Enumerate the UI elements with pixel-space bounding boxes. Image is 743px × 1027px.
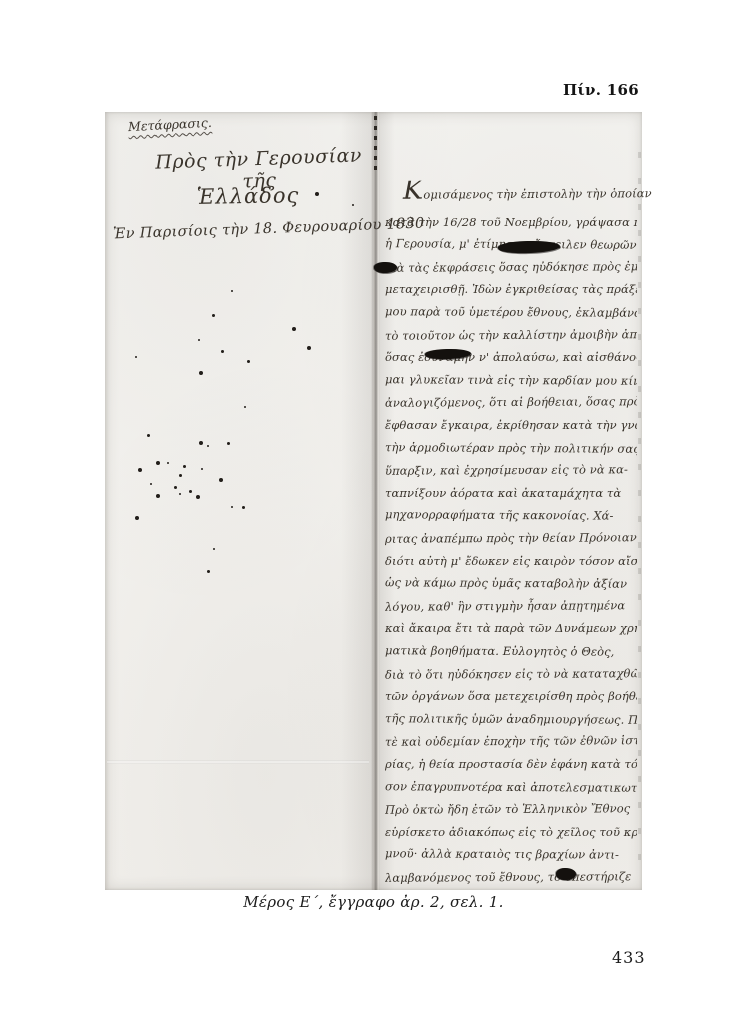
ink-dot	[242, 506, 245, 509]
plate-number-label: Πίν. 166	[563, 81, 639, 99]
paper-crease	[107, 760, 369, 764]
ink-dot	[156, 461, 160, 465]
ink-dot	[315, 192, 319, 196]
ink-dot	[135, 516, 139, 520]
address-line-2: Ἑλλάδος	[143, 182, 353, 210]
handwriting-line: καὶ ἄκαιρα ἔτι τὰ παρὰ τῶν Δυνάμεων χρη-	[385, 617, 637, 639]
handwriting-line: τῆς πολιτικῆς ὑμῶν ἀναδημιουργήσεως. Πο-	[385, 707, 637, 731]
ink-dot	[201, 468, 203, 470]
figure-caption: Μέρος Ε΄, ἔγγραφο ἀρ. 2, σελ. 1.	[105, 893, 642, 911]
ink-dot	[221, 350, 224, 353]
handwriting-line: ρίας, ἡ θεία προστασία δὲν ἐφάνη κατὰ τό…	[385, 753, 637, 775]
handwriting-line: ταπνίξουν ἀόρατα καὶ ἀκαταμάχητα τὰ	[385, 482, 637, 504]
handwriting-line: τὴν ἁρμοδιωτέραν πρὸς τὴν πολιτικήν σας	[385, 436, 637, 460]
handwriting-line: Πρὸ ὀκτὼ ἤδη ἐτῶν τὸ Ἑλληνικὸν Ἔθνος	[385, 797, 637, 821]
handwriting-line: ὕπαρξιν, καὶ ἐχρησίμευσαν εἰς τὸ νὰ κα-	[385, 458, 637, 482]
manuscript-left-page: Μετάφρασις. Πρὸς τὴν Γερουσίαν τῆς Ἑλλάδ…	[105, 112, 373, 890]
handwriting-line: ἔφθασαν ἔγκαιρα, ἐκρίθησαν κατὰ τὴν γνώμ…	[385, 414, 637, 436]
handwriting-line: τὲ καὶ οὐδεμίαν ἐποχὴν τῆς τῶν ἐθνῶν ἱστ…	[385, 730, 637, 754]
handwriting-line: κατὰ τὴν 16/28 τοῦ Νοεμβρίου, γράψασα πρ…	[385, 211, 637, 233]
ink-dot	[183, 465, 186, 468]
handwriting-line: τῶν ὀργάνων ὅσα μετεχειρίσθη πρὸς βοήθει…	[385, 685, 637, 707]
handwriting-line: Κομισάμενος τὴν ἐπιστολὴν τὴν ὁποίαν	[385, 179, 655, 203]
handwriting-line: μηχανορραφήματα τῆς κακονοίας. Χά-	[385, 504, 637, 528]
ink-dot	[307, 346, 311, 350]
ink-dot	[244, 406, 246, 408]
handwriting-line: ματικὰ βοηθήματα. Εὐλογητὸς ὁ Θεὸς,	[385, 639, 637, 663]
ink-dot	[199, 441, 203, 445]
ink-dot	[196, 495, 200, 499]
manuscript-scan: Μετάφρασις. Πρὸς τὴν Γερουσίαν τῆς Ἑλλάδ…	[105, 112, 642, 890]
handwriting-line: ριτας ἀναπέμπω πρὸς τὴν θείαν Πρόνοιαν,	[385, 526, 637, 550]
ink-dot	[179, 474, 182, 477]
dateline: Ἐν Παρισίοις τὴν 18. Φευρουαρίου 1830	[113, 218, 365, 243]
handwriting-line: διὰ τὰς ἐκφράσεις ὅσας ηὐδόκησε πρὸς ἐμὲ…	[385, 255, 637, 279]
handwriting-line: τὸ τοιοῦτον ὡς τὴν καλλίστην ἀμοιβὴν ἀπὸ	[385, 323, 637, 347]
handwriting-line: λόγου, καθ' ἣν στιγμὴν ἦσαν ἀπῃτημένα	[385, 594, 637, 618]
ink-dot	[135, 356, 137, 358]
handwriting-line: μαι γλυκεῖαν τινὰ εἰς τὴν καρδίαν μου κί…	[385, 368, 637, 392]
ink-dot	[207, 445, 209, 447]
ink-dot	[179, 493, 181, 495]
handwriting-line: μου παρὰ τοῦ ὑμετέρου ἔθνους, ἐκλαμβάνω	[385, 300, 637, 324]
handwriting-line: ὡς νὰ κάμω πρὸς ὑμᾶς καταβολὴν ἀξίαν	[385, 571, 637, 595]
ink-dot	[292, 327, 296, 331]
handwriting-line: μνοῦ· ἀλλὰ κραταιὸς τις βραχίων ἀντι-	[385, 843, 637, 867]
scan-right-edge	[638, 152, 641, 872]
ink-dot	[227, 442, 230, 445]
handwriting-line: διὰ τὸ ὅτι ηὐδόκησεν εἰς τὸ νὰ καταταχθῶ…	[385, 662, 637, 686]
translation-annotation: Μετάφρασις.	[128, 115, 212, 134]
ink-dot	[231, 506, 233, 508]
ink-dot	[198, 339, 200, 341]
ink-dot	[207, 570, 210, 573]
ink-dot	[147, 434, 150, 437]
ink-dot	[231, 290, 233, 292]
ink-dot	[212, 314, 215, 317]
ink-dot	[219, 478, 223, 482]
manuscript-right-page: Κομισάμενος τὴν ἐπιστολὴν τὴν ὁποίανκατὰ…	[379, 112, 642, 890]
handwriting-line: σον ἐπαγρυπνοτέρα καὶ ἀποτελεσματικωτέρα…	[385, 775, 637, 799]
ink-dot	[352, 204, 354, 206]
ink-dot	[174, 486, 177, 489]
handwriting-line: διότι αὐτὴ μ' ἔδωκεν εἰς καιρὸν τόσον αἴ…	[385, 550, 637, 572]
handwriting-line: εὑρίσκετο ἀδιακόπως εἰς τὸ χεῖλος τοῦ κρ…	[385, 821, 637, 843]
ink-dot	[199, 371, 203, 375]
handwriting-line: ὅσας ἐδυνάμην ν' ἀπολαύσω, καὶ αἰσθάνο-	[385, 346, 637, 368]
ink-dot	[150, 483, 152, 485]
handwriting-line: ἀναλογιζόμενος, ὅτι αἱ βοήθειαι, ὅσας πρ…	[385, 391, 637, 415]
ink-dot	[156, 494, 160, 498]
handwriting-line: μεταχειρισθῇ. Ἰδὼν ἐγκριθείσας τὰς πράξε…	[385, 278, 637, 300]
ink-dot	[213, 548, 215, 550]
ink-dot	[167, 462, 169, 464]
ink-dot	[247, 360, 250, 363]
ink-dot	[189, 490, 192, 493]
handwriting-line: λαμβανόμενος τοῦ ἔθνους, τὸ ὑπεστήριζε	[385, 865, 637, 889]
ink-dot	[138, 468, 142, 472]
page-number: 433	[612, 948, 646, 967]
